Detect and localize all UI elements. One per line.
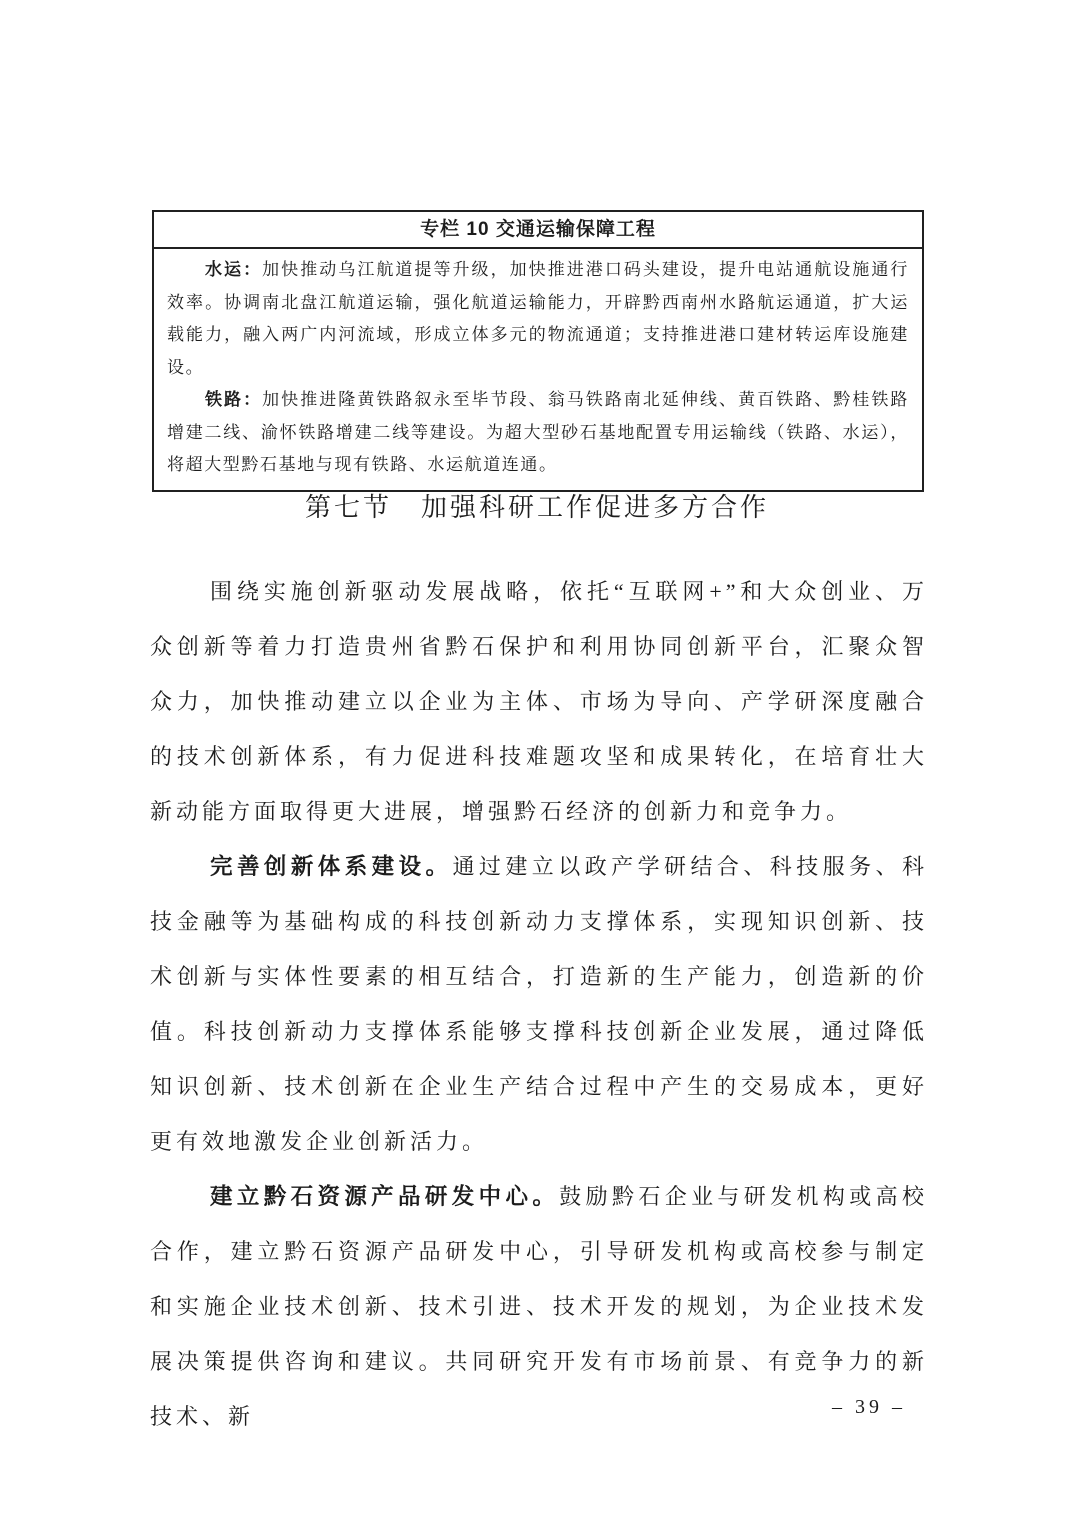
body-paragraph-text: 围绕实施创新驱动发展战略，依托“互联网+”和大众创业、万众创新等着力打造贵州省黔… [150, 579, 928, 824]
document-page: 专栏 10 交通运输保障工程 水运：加快推动乌江航道提等升级，加快推进港口码头建… [0, 0, 1074, 1520]
callout-paragraph-rail: 铁路：加快推进隆黄铁路叙永至毕节段、翁马铁路南北延伸线、黄百铁路、黔桂铁路增建二… [167, 384, 909, 482]
body-paragraph: 围绕实施创新驱动发展战略，依托“互联网+”和大众创业、万众创新等着力打造贵州省黔… [150, 564, 928, 839]
callout-paragraph-text: 加快推动乌江航道提等升级，加快推进港口码头建设，提升电站通航设施通行效率。协调南… [167, 260, 909, 377]
callout-body: 水运：加快推动乌江航道提等升级，加快推进港口码头建设，提升电站通航设施通行效率。… [154, 249, 922, 490]
body-paragraph-text: 通过建立以政产学研结合、科技服务、科技金融等为基础构成的科技创新动力支撑体系，实… [150, 854, 928, 1154]
body-paragraph-lead: 建立黔石资源产品研发中心。 [210, 1184, 559, 1209]
body-text: 围绕实施创新驱动发展战略，依托“互联网+”和大众创业、万众创新等着力打造贵州省黔… [150, 564, 928, 1444]
section-heading: 第七节 加强科研工作促进多方合作 [0, 486, 1074, 530]
page-number: – 39 – [832, 1396, 906, 1419]
callout-box: 专栏 10 交通运输保障工程 水运：加快推动乌江航道提等升级，加快推进港口码头建… [152, 210, 924, 492]
body-paragraph: 完善创新体系建设。通过建立以政产学研结合、科技服务、科技金融等为基础构成的科技创… [150, 839, 928, 1169]
callout-paragraph-text: 加快推进隆黄铁路叙永至毕节段、翁马铁路南北延伸线、黄百铁路、黔桂铁路增建二线、渝… [167, 390, 909, 474]
body-paragraph: 建立黔石资源产品研发中心。鼓励黔石企业与研发机构或高校合作，建立黔石资源产品研发… [150, 1169, 928, 1444]
callout-paragraph-lead: 铁路： [205, 390, 262, 409]
body-paragraph-lead: 完善创新体系建设。 [210, 854, 452, 879]
callout-title: 专栏 10 交通运输保障工程 [154, 212, 922, 249]
callout-paragraph-lead: 水运： [205, 260, 262, 279]
callout-paragraph-water: 水运：加快推动乌江航道提等升级，加快推进港口码头建设，提升电站通航设施通行效率。… [167, 254, 909, 384]
body-paragraph-text: 鼓励黔石企业与研发机构或高校合作，建立黔石资源产品研发中心，引导研发机构或高校参… [150, 1184, 928, 1429]
